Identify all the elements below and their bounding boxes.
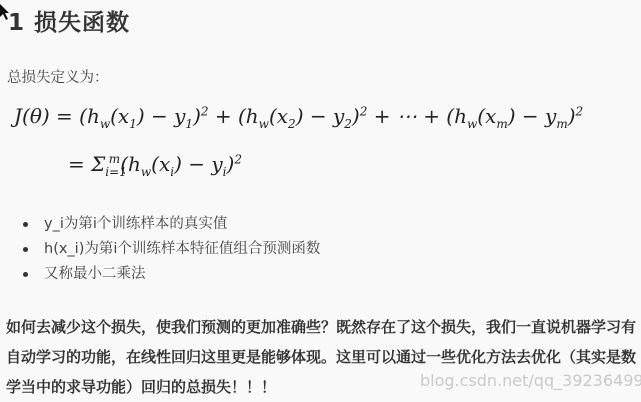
list-item: y_i为第i个训练样本的真实值 bbox=[14, 212, 320, 237]
bullet-icon bbox=[23, 247, 28, 252]
intro-text: 总损失定义为： bbox=[7, 66, 109, 87]
list-item: 又称最小二乘法 bbox=[14, 262, 320, 287]
loss-formula-line1: J(θ) = (hw(x1) − y1)2 + (hw(x2) − y2)2 +… bbox=[14, 104, 583, 131]
bullet-list: y_i为第i个训练样本的真实值 h(x_i)为第i个训练样本特征值组合预测函数 … bbox=[14, 212, 320, 287]
bullet-icon bbox=[23, 222, 28, 227]
bullet-icon bbox=[23, 272, 28, 277]
loss-formula-line2: = Σi=1m(hw(xi) − yi)2 bbox=[68, 152, 242, 179]
list-item: h(x_i)为第i个训练样本特征值组合预测函数 bbox=[14, 237, 320, 262]
watermark: blog.csdn.net/qq_39236499 bbox=[420, 371, 641, 390]
section-heading: 1 损失函数 bbox=[8, 4, 130, 37]
